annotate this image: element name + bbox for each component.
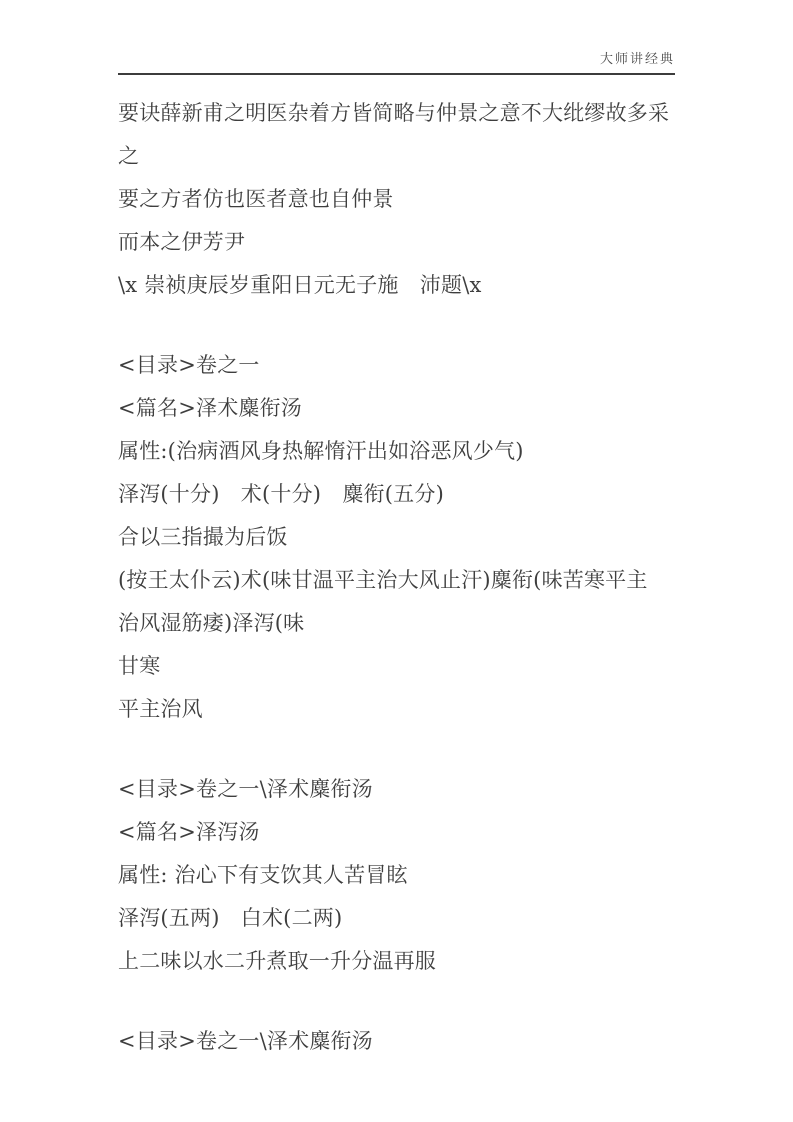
page-header: 大师讲经典 [118, 0, 675, 68]
text-line: <篇名>泽术麋衔汤 [118, 387, 675, 430]
text-line: (按王太仆云)术(味甘温平主治大风止汗)麋衔(味苦寒平主 [118, 559, 675, 602]
document-body: 要诀薛新甫之明医杂着方皆简略与仲景之意不大纰缪故多采之 要之方者仿也医者意也自仲… [118, 92, 675, 1063]
text-line: <目录>卷之一\泽术麋衔汤 [118, 768, 675, 811]
text-line: \x 崇祯庚辰岁重阳日元无子施 沛题\x [118, 264, 675, 307]
text-line: 合以三指撮为后饭 [118, 516, 675, 559]
text-line: <目录>卷之一\泽术麋衔汤 [118, 1020, 675, 1063]
text-line: <篇名>泽泻汤 [118, 811, 675, 854]
text-line: 泽泻(十分) 术(十分) 麋衔(五分) [118, 473, 675, 516]
text-line: 要诀薛新甫之明医杂着方皆简略与仲景之意不大纰缪故多采之 [118, 92, 675, 178]
header-brand: 大师讲经典 [600, 52, 675, 67]
text-line: 属性:(治病酒风身热解惰汗出如浴恶风少气) [118, 430, 675, 473]
text-line: 泽泻(五两) 白术(二两) [118, 897, 675, 940]
text-line: 属性: 治心下有支饮其人苦冒眩 [118, 854, 675, 897]
text-line: 平主治风 [118, 688, 675, 731]
header-rule [118, 73, 675, 75]
text-line: 而本之伊芳尹 [118, 221, 675, 264]
text-line: <目录>卷之一 [118, 344, 675, 387]
blank-line [118, 731, 675, 768]
blank-line [118, 983, 675, 1020]
document-page: 大师讲经典 要诀薛新甫之明医杂着方皆简略与仲景之意不大纰缪故多采之 要之方者仿也… [0, 0, 793, 1122]
blank-line [118, 307, 675, 344]
text-line: 甘寒 [118, 645, 675, 688]
text-line: 治风湿筋痿)泽泻(味 [118, 602, 675, 645]
text-line: 上二味以水二升煮取一升分温再服 [118, 940, 675, 983]
text-line: 要之方者仿也医者意也自仲景 [118, 178, 675, 221]
